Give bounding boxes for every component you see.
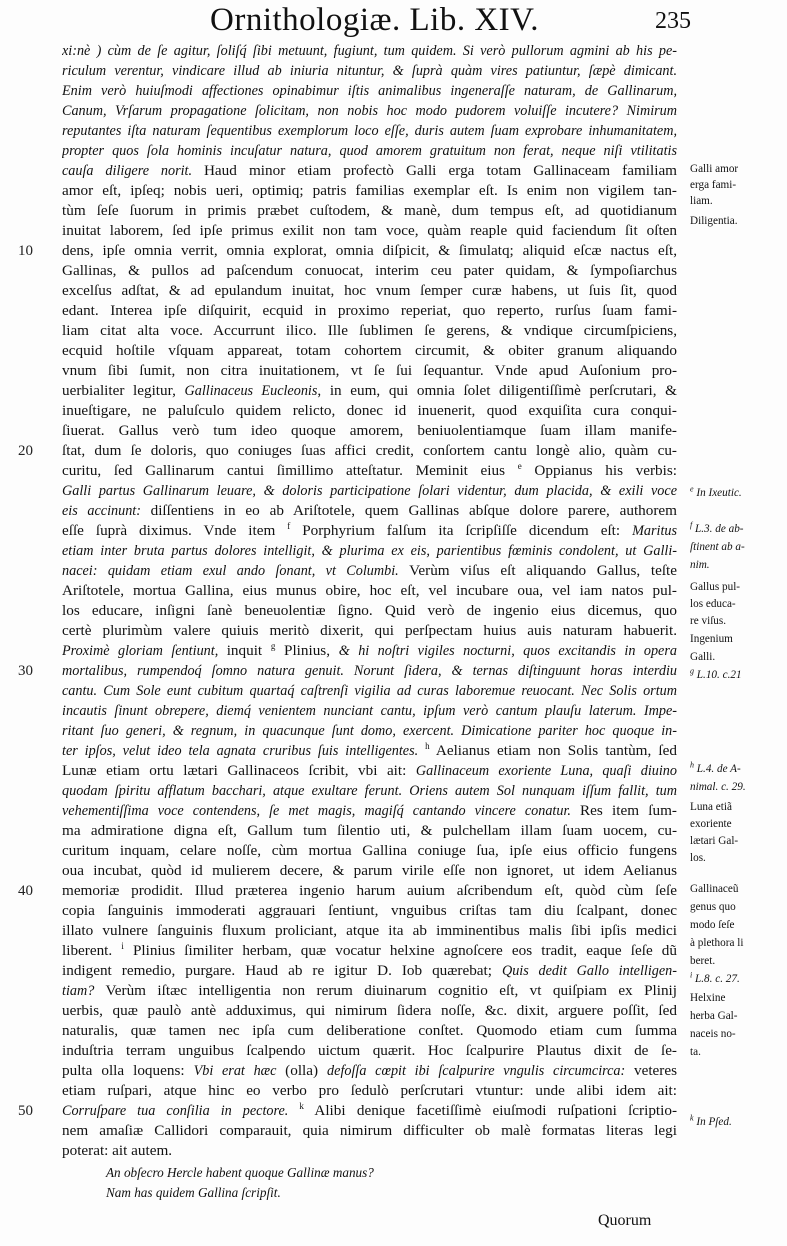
text-line: los educare, inſigni ſanè beneuolentiæ ſ… bbox=[62, 601, 677, 621]
italic-quotation: Vbi erat hæc bbox=[194, 1063, 286, 1079]
text-line: tùm ſeſe ſuorum in primis præbet cuſtode… bbox=[62, 201, 677, 221]
roman-text: (olla) bbox=[285, 1062, 327, 1079]
text-line: amor eſt, ipſeq; nobis ueri, optimiq; pa… bbox=[62, 181, 677, 201]
italic-quotation: cauſa diligere norit. bbox=[62, 163, 204, 179]
text-line: indigent remedio, purgare. Haud ab re ig… bbox=[62, 961, 677, 981]
margin-note: modo ſeſe bbox=[690, 918, 787, 934]
margin-note: e In Ixeutic. bbox=[690, 486, 787, 502]
text-line: Proximè gloriam ſentiunt, inquit g Plini… bbox=[62, 641, 677, 661]
margin-note-text: re viſus. bbox=[690, 615, 726, 627]
margin-note-text: Ingenium bbox=[690, 633, 733, 645]
text-line: etiam inter bruta partus dolores intelli… bbox=[62, 541, 677, 561]
italic-quotation: defoſſa cœpit ibi ſcalpurire vngulis cir… bbox=[327, 1063, 634, 1079]
text-line: pulta olla loquens: Vbi erat hæc (olla) … bbox=[62, 1061, 677, 1081]
roman-text: , in eum, qui omnia ſolet diligentiſſimè… bbox=[317, 382, 677, 399]
text-line: inueſtigare, ne paluſculo quidem relicto… bbox=[62, 401, 677, 421]
text-line: poterat: ait autem. bbox=[62, 1141, 677, 1161]
margin-note-text: L.3. de ab- bbox=[695, 523, 743, 535]
margin-note-text: L.8. c. 27. bbox=[695, 973, 740, 985]
text-line: excelſus adſtat, & ad epulandum inuitat,… bbox=[62, 281, 677, 301]
footnote-marker: k bbox=[690, 1113, 694, 1122]
running-head-title: Ornithologiæ. Lib. XIV. bbox=[210, 0, 539, 40]
text-line: ecquid hoſtile vſquam appareat, totam co… bbox=[62, 341, 677, 361]
text-line: propter quos ſola hominis incuſatur natu… bbox=[62, 141, 677, 161]
verse-line: Nam has quidem Gallina ſcripſit. bbox=[106, 1183, 281, 1203]
line-number: 40 bbox=[18, 881, 58, 901]
margin-note-text: Galli. bbox=[690, 651, 715, 663]
roman-text: Aelianus etiam non Solis tantùm, ſed bbox=[430, 742, 677, 759]
text-line: memoriæ prodidit. Illud præterea ingenio… bbox=[62, 881, 677, 901]
italic-quotation: Maritus bbox=[632, 523, 677, 539]
margin-note-text: nimal. c. 29. bbox=[690, 781, 746, 793]
text-line: Galli partus Gallinarum leuare, & dolori… bbox=[62, 481, 677, 501]
margin-note: herba Gal- bbox=[690, 1009, 787, 1025]
roman-text: Lunæ etiam ortu lætari Gallinaceos ſcrib… bbox=[62, 762, 416, 779]
roman-text: Haud minor etiam profectò Galli erga tot… bbox=[204, 162, 677, 179]
roman-text: uerbialiter legitur, bbox=[62, 382, 185, 399]
roman-text: Res item ſum- bbox=[580, 802, 677, 819]
italic-quotation: nacei: quidam etiam exul ando ſonant, vt… bbox=[62, 563, 409, 579]
roman-text: Alibi denique facetiſſimè eiuſmodi ruſpa… bbox=[304, 1102, 677, 1119]
margin-note-text: Diligentia. bbox=[690, 215, 738, 227]
text-line: edant. Interea ipſe diſquirit, ecquid in… bbox=[62, 301, 677, 321]
text-line: inuitat laborem, ſed ipſe primus exilit … bbox=[62, 221, 677, 241]
margin-note: g L.10. c.21 bbox=[690, 668, 787, 684]
margin-note: ta. bbox=[690, 1045, 787, 1061]
italic-quotation: Quis dedit Gallo intelligen- bbox=[502, 963, 677, 979]
text-line: uerbis, quæ paulò antè adduximus, qui ni… bbox=[62, 1001, 677, 1021]
footnote-marker: g bbox=[690, 666, 694, 675]
italic-quotation: tiam? bbox=[62, 983, 106, 999]
text-line: quodam ſpiritu afflatum bacchari, atque … bbox=[62, 781, 677, 801]
margin-note-text: Gallinaceũ bbox=[690, 883, 738, 895]
margin-note-text: ta. bbox=[690, 1046, 701, 1058]
text-line: xi:nè ) cùm de ſe agitur, ſoliſq́ ſibi m… bbox=[62, 41, 677, 61]
margin-note: k In Pſed. bbox=[690, 1115, 787, 1131]
roman-text: curitu, ſed Gallinarum cantui ſimillimo … bbox=[62, 462, 518, 479]
text-line: ſiuerat. Gallus verò tum ideo quoque amo… bbox=[62, 421, 677, 441]
text-line: Ariſtotele, mortua Gallina, eius munus o… bbox=[62, 581, 677, 601]
text-line: Gallinas, & pullos ad paſcendum conuocat… bbox=[62, 261, 677, 281]
margin-note: Diligentia. bbox=[690, 214, 787, 230]
text-line: Enim verò huiuſmodi affectiones opinabim… bbox=[62, 81, 677, 101]
margin-note: nim. bbox=[690, 558, 787, 574]
margin-note: f L.3. de ab- bbox=[690, 522, 787, 538]
margin-note: Luna etiã bbox=[690, 800, 787, 816]
roman-text: inquit bbox=[227, 642, 271, 659]
margin-note: liam. bbox=[690, 194, 787, 210]
margin-note-text: liam. bbox=[690, 195, 713, 207]
margin-note-text: beret. bbox=[690, 955, 715, 967]
margin-note-text: Luna etiã bbox=[690, 801, 732, 813]
text-line: riculum verentur, vindicare illud ab ini… bbox=[62, 61, 677, 81]
margin-note-text: lætari Gal- bbox=[690, 835, 738, 847]
text-line: Lunæ etiam ortu lætari Gallinaceos ſcrib… bbox=[62, 761, 677, 781]
italic-quotation: & hi noſtri vigiles nocturni, quos excit… bbox=[339, 643, 677, 659]
margin-note: Galli amor bbox=[690, 162, 787, 178]
margin-note-text: In Ixeutic. bbox=[696, 487, 741, 499]
margin-note-text: herba Gal- bbox=[690, 1010, 738, 1022]
margin-note-text: modo ſeſe bbox=[690, 919, 734, 931]
book-page: Ornithologiæ. Lib. XIV. 235 xi:nè ) cùm … bbox=[0, 0, 787, 1246]
italic-quotation: vehementiſſima voce contendens, ſe met m… bbox=[62, 803, 580, 819]
margin-note: à plethora li bbox=[690, 936, 787, 952]
roman-text: Verùm iſtæc intelligentia non rerum diui… bbox=[106, 982, 678, 999]
roman-text: liberent. bbox=[62, 942, 121, 959]
margin-note: erga fami- bbox=[690, 178, 787, 194]
catchword: Quorum bbox=[598, 1210, 651, 1232]
text-line: eis accinunt: diſſentiens in eo ab Ariſt… bbox=[62, 501, 677, 521]
running-head: Ornithologiæ. Lib. XIV. 235 bbox=[0, 0, 787, 40]
text-line: dens, ipſe omnia verrit, omnia explorat,… bbox=[62, 241, 677, 261]
text-line: liam citat alta voce. Accurrunt ilico. I… bbox=[62, 321, 677, 341]
text-line: vnum ſibi ſumit, non citra inuitationem,… bbox=[62, 361, 677, 381]
text-line: illato vulnere ſanguinis fluxum prolicia… bbox=[62, 921, 677, 941]
margin-note-text: Helxine bbox=[690, 992, 725, 1004]
line-number: 50 bbox=[18, 1101, 58, 1121]
line-number: 20 bbox=[18, 441, 58, 461]
margin-note: los educa- bbox=[690, 597, 787, 613]
roman-text: pulta olla loquens: bbox=[62, 1062, 194, 1079]
text-line: nacei: quidam etiam exul ando ſonant, vt… bbox=[62, 561, 677, 581]
text-line: tiam? Verùm iſtæc intelligentia non reru… bbox=[62, 981, 677, 1001]
text-line: mortalibus, rumpendoq́ ſomno natura genu… bbox=[62, 661, 677, 681]
margin-note: Gallinaceũ bbox=[690, 882, 787, 898]
line-number: 10 bbox=[18, 241, 58, 261]
margin-note-text: naceis no- bbox=[690, 1028, 736, 1040]
text-line: nem amaſiæ Callidori comparauit, quia ni… bbox=[62, 1121, 677, 1141]
roman-text: Verùm viſus eſt aliquando Gallus, teſte bbox=[409, 562, 677, 579]
text-line: reputantes iſta naturam ſequentibus exem… bbox=[62, 121, 677, 141]
text-line: induſtria terram unguibus ſcalpendo uict… bbox=[62, 1041, 677, 1061]
text-line: cauſa diligere norit. Haud minor etiam p… bbox=[62, 161, 677, 181]
margin-note-text: exoriente bbox=[690, 818, 732, 830]
italic-quotation: Corruſpare tua conſilia in pectore. bbox=[62, 1103, 299, 1119]
margin-note: Galli. bbox=[690, 650, 787, 666]
roman-text: Porphyrium falſum ita ſcripſiſſe dicendu… bbox=[290, 522, 632, 539]
margin-note: ſtinent ab a- bbox=[690, 540, 787, 556]
margin-note: re viſus. bbox=[690, 614, 787, 630]
italic-quotation: ter ipſos, velut ideo tela agnata crurib… bbox=[62, 743, 425, 759]
text-line: ſtat, dum ſe doloris, quo coniuges ſuas … bbox=[62, 441, 677, 461]
margin-note: i L.8. c. 27. bbox=[690, 972, 787, 988]
roman-text: veteres bbox=[634, 1062, 677, 1079]
text-line: cantu. Cum Sole eunt cubitum quartaq́ ca… bbox=[62, 681, 677, 701]
text-line: ritant ſuo generi, & regnum, in quacunqu… bbox=[62, 721, 677, 741]
page-number: 235 bbox=[655, 6, 691, 36]
text-line: ter ipſos, velut ideo tela agnata crurib… bbox=[62, 741, 677, 761]
footnote-marker: i bbox=[690, 970, 692, 979]
roman-text: Plinius ſimiliter herbam, quæ vocatur he… bbox=[124, 942, 677, 959]
margin-note-text: In Pſed. bbox=[696, 1116, 731, 1128]
footnote-marker: e bbox=[690, 484, 694, 493]
margin-note-text: nim. bbox=[690, 559, 710, 571]
footnote-marker: f bbox=[690, 520, 692, 529]
text-line: curitu, ſed Gallinarum cantui ſimillimo … bbox=[62, 461, 677, 481]
italic-quotation: Gallinaceus Eucleonis bbox=[185, 383, 318, 399]
roman-text: Oppianus his verbis: bbox=[522, 462, 677, 479]
margin-note-text: genus quo bbox=[690, 901, 736, 913]
text-line: ma admiratione digna eſt, Gallum tum ſil… bbox=[62, 821, 677, 841]
text-line: liberent. i Plinius ſimiliter herbam, qu… bbox=[62, 941, 677, 961]
margin-note: Gallus pul- bbox=[690, 580, 787, 596]
margin-note: naceis no- bbox=[690, 1027, 787, 1043]
margin-note-text: L.10. c.21 bbox=[697, 669, 742, 681]
text-line: eſſe ſuprà diximus. Vnde item f Porphyri… bbox=[62, 521, 677, 541]
text-line: certè plurimùm valere quiuis meritò dixe… bbox=[62, 621, 677, 641]
italic-quotation: Gallinaceum exoriente Luna, quaſi diuino bbox=[416, 763, 677, 779]
text-line: incautis ſinunt obrepere, diemq́ venient… bbox=[62, 701, 677, 721]
margin-note-text: L.4. de A- bbox=[697, 763, 741, 775]
text-line: Canum, Vrſarum propagatione ſolicitam, n… bbox=[62, 101, 677, 121]
margin-note-text: Galli amor bbox=[690, 163, 738, 175]
margin-note-text: ſtinent ab a- bbox=[690, 541, 745, 553]
italic-quotation: Proximè gloriam ſentiunt, bbox=[62, 643, 227, 659]
text-line: vehementiſſima voce contendens, ſe met m… bbox=[62, 801, 677, 821]
roman-text: diſſentiens in eo ab Ariſtotele, quem Ga… bbox=[151, 502, 677, 519]
margin-note-text: los. bbox=[690, 852, 706, 864]
margin-note: los. bbox=[690, 851, 787, 867]
text-line: oua incubat, quòd id mulierem decere, & … bbox=[62, 861, 677, 881]
margin-note: exoriente bbox=[690, 817, 787, 833]
roman-text: Plinius, bbox=[275, 642, 338, 659]
margin-note-text: Gallus pul- bbox=[690, 581, 740, 593]
verse-line: An obſecro Hercle habent quoque Gallinæ … bbox=[106, 1163, 374, 1183]
line-number: 30 bbox=[18, 661, 58, 681]
margin-note: beret. bbox=[690, 954, 787, 970]
text-line: Corruſpare tua conſilia in pectore. k Al… bbox=[62, 1101, 677, 1121]
text-line: uerbialiter legitur, Gallinaceus Eucleon… bbox=[62, 381, 677, 401]
margin-note: Helxine bbox=[690, 991, 787, 1007]
text-line: naturalis, quæ tamen nec ipſa cum delibe… bbox=[62, 1021, 677, 1041]
margin-note-text: los educa- bbox=[690, 598, 736, 610]
text-line: etiam ruſpari, atque hinc eo verbo pro ſ… bbox=[62, 1081, 677, 1101]
italic-quotation: eis accinunt: bbox=[62, 503, 151, 519]
text-line: curitum inquam, celare noſſe, cùm mortua… bbox=[62, 841, 677, 861]
margin-note-text: à plethora li bbox=[690, 937, 743, 949]
margin-note: h L.4. de A- bbox=[690, 762, 787, 778]
margin-note: Ingenium bbox=[690, 632, 787, 648]
margin-note-text: erga fami- bbox=[690, 179, 736, 191]
margin-note: nimal. c. 29. bbox=[690, 780, 787, 796]
text-line: copia ſanguinis immoderati aggrauari ſen… bbox=[62, 901, 677, 921]
margin-note: genus quo bbox=[690, 900, 787, 916]
roman-text: eſſe ſuprà diximus. Vnde item bbox=[62, 522, 287, 539]
footnote-marker: h bbox=[690, 760, 694, 769]
margin-note: lætari Gal- bbox=[690, 834, 787, 850]
roman-text: indigent remedio, purgare. Haud ab re ig… bbox=[62, 962, 502, 979]
